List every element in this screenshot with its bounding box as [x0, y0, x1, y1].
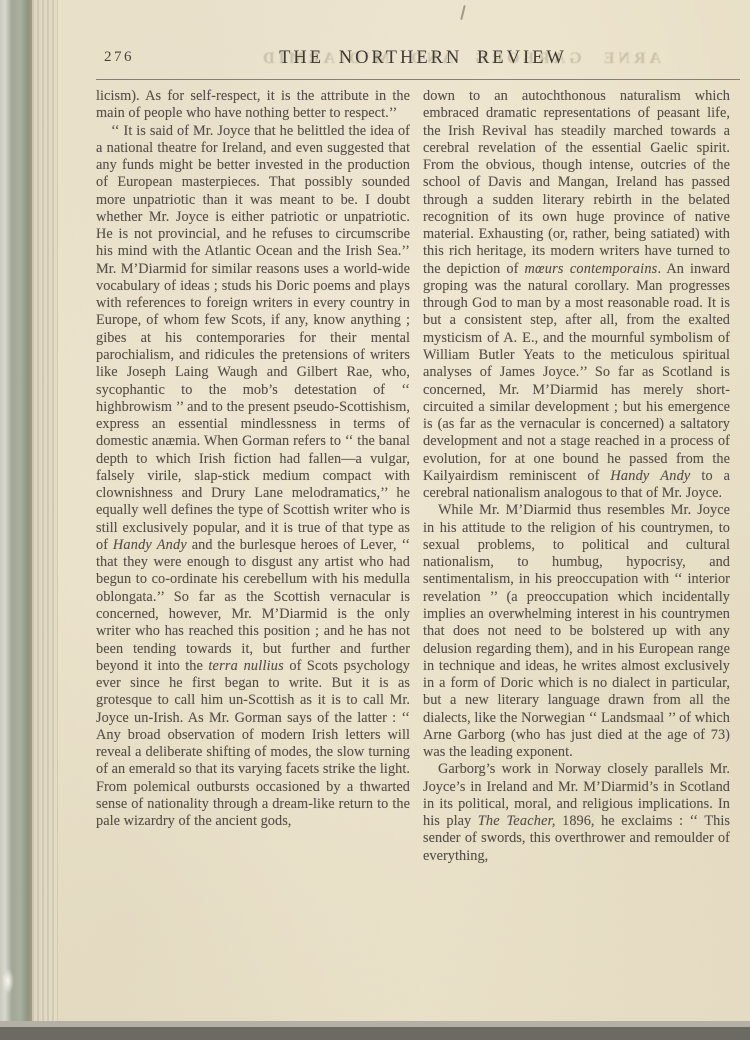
page-fore-edge: [32, 0, 58, 1040]
paragraph: down to an autochthonous naturalism whic…: [423, 88, 730, 502]
column-left: licism). As for self-respect, it is the …: [96, 88, 410, 830]
body-text: down to an autochthonous naturalism whic…: [423, 88, 730, 277]
paragraph: licism). As for self-respect, it is the …: [96, 88, 410, 123]
scan-mark: [460, 5, 465, 20]
page-number: 276: [104, 49, 134, 66]
scan-light-spot: [2, 968, 14, 994]
italic-text: Handy Andy: [113, 537, 187, 553]
body-text: ‘‘ It is said of Mr. Joyce that he belit…: [96, 123, 410, 553]
body-text: licism). As for self-respect, it is the …: [96, 88, 410, 121]
header-rule: [96, 79, 740, 80]
running-title: THE NORTHERN REVIEW: [279, 48, 567, 69]
paragraph: ‘‘ It is said of Mr. Joyce that he belit…: [96, 123, 410, 831]
column-right: down to an autochthonous naturalism whic…: [423, 88, 730, 865]
book-page: ARNE GARBORG AND M’DIARMID 276 THE NORTH…: [58, 0, 750, 1024]
body-text: . An inward groping was the natural coro…: [423, 261, 730, 484]
scan-bottom-edge-dark: [0, 1027, 750, 1040]
italic-text: terra nullius: [208, 658, 284, 674]
italic-text: mœurs contemporains: [525, 261, 658, 277]
body-text: of Scots psychology ever since he first …: [96, 658, 410, 829]
italic-text: The Teacher,: [478, 813, 556, 829]
paragraph: While Mr. M’Diarmid thus resembles Mr. J…: [423, 502, 730, 761]
scanner-bed-strip: [0, 0, 32, 1040]
body-text: and the burlesque heroes of Lever, ‘‘ th…: [96, 537, 410, 674]
italic-text: Handy Andy: [610, 468, 690, 484]
body-text: While Mr. M’Diarmid thus resembles Mr. J…: [423, 502, 730, 760]
paragraph: Garborg’s work in Norway closely paralle…: [423, 761, 730, 865]
